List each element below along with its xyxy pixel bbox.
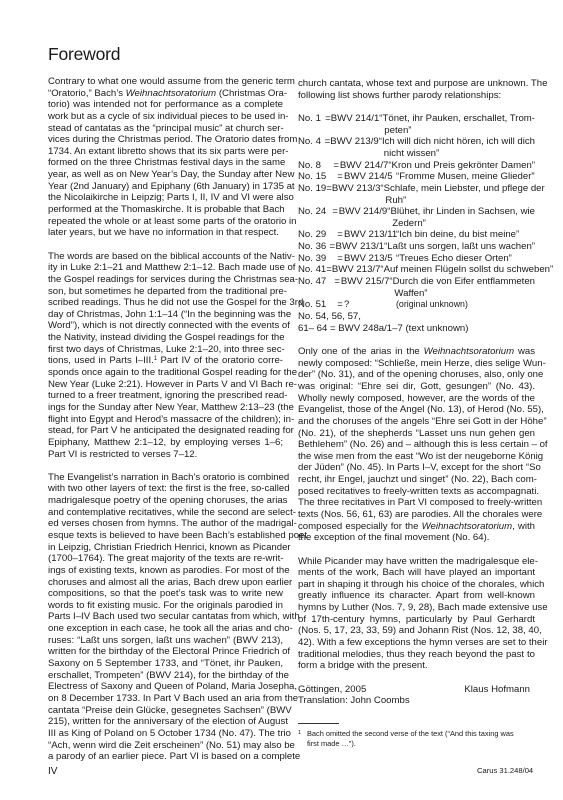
translation-credit: Translation: John Coombs [298, 695, 535, 707]
parody-list: No. 1= BWV 214/1“Tönet, ihr Pauken, ersc… [298, 113, 535, 334]
footnote: 1 Bach omitted the second verse of the t… [298, 729, 530, 748]
page-title: Foreword [48, 44, 120, 65]
bwv-reference: BWV 214/1 [331, 113, 380, 136]
source-title: (original unknown) [396, 299, 535, 311]
footnote-text: Bach omitted the second verse of the tex… [307, 729, 530, 748]
bwv-reference: BWV 213/1 [336, 241, 385, 253]
movement-number: No. 29 [298, 229, 336, 241]
bwv-reference: BWV 213/11 [344, 229, 396, 241]
equals-sign: = [336, 171, 344, 183]
bwv-reference: BWV 213/3 [332, 183, 381, 206]
signature-line: Göttingen, 2005 Klaus Hofmann [298, 684, 530, 696]
body-paragraph: The words are based on the biblical acco… [48, 251, 283, 461]
left-column: Contrary to what one would assume from t… [48, 76, 283, 774]
movement-number: No. 47 [298, 276, 333, 299]
parody-row: No. 41= BWV 213/7“Auf meinen Flügeln sol… [298, 264, 535, 276]
right-column: church cantata, whose text and purpose a… [298, 78, 535, 707]
footnote-mark: 1 [298, 729, 307, 748]
movement-number: No. 51 [298, 299, 336, 311]
source-title: “Schlafe, mein Liebster, und pflege derR… [380, 183, 544, 206]
source-title: “Blühet, ihr Linden in Sachsen, wieZeder… [387, 206, 535, 229]
movement-number: No. 39 [298, 253, 336, 265]
source-title: “Auf meinen Flügeln sollst du schweben” [380, 264, 553, 276]
equals-sign: = [336, 253, 344, 265]
parody-row: No. 29= BWV 213/11“Ich bin deine, du bis… [298, 229, 535, 241]
equals-sign: = [333, 160, 340, 172]
place-date: Göttingen, 2005 [298, 684, 366, 696]
movement-number: No. 1 [298, 113, 325, 136]
source-title: “Tönet, ihr Pauken, erschallet, Trom-pet… [379, 113, 535, 136]
parody-row: No. 36= BWV 213/1“Laßt uns sorgen, laßt … [298, 241, 535, 253]
body-paragraph: Only one of the arias in the Weihnachtso… [298, 346, 535, 544]
equals-sign: = [333, 276, 340, 299]
movement-number: No. 41 [298, 264, 326, 276]
source-title: “Laßt uns sorgen, laßt uns wachen” [384, 241, 535, 253]
movement-number: No. 15 [298, 171, 336, 183]
movement-number: No. 8 [298, 160, 333, 172]
source-title: “Ich bin deine, du bist meine” [396, 229, 535, 241]
bwv-reference: BWV 214/5 [344, 171, 396, 183]
source-title: “Ich will dich nicht hören, ich will dic… [379, 136, 535, 159]
bwv-reference: BWV 213/7 [332, 264, 381, 276]
body-paragraph: While Picander may have written the madr… [298, 556, 535, 672]
equals-sign: = [332, 206, 339, 229]
parody-row: No. 39= BWV 213/5“Treues Echo dieser Ort… [298, 253, 535, 265]
bwv-reference: ? [344, 299, 396, 311]
parody-intro: church cantata, whose text and purpose a… [298, 78, 535, 101]
bwv-reference: BWV 213/9 [330, 136, 379, 159]
equals-sign: = [336, 229, 344, 241]
parody-row: No. 24= BWV 214/9“Blühet, ihr Linden in … [298, 206, 535, 229]
parody-row: 61– 64 = BWV 248a/1–7 (text unknown) [298, 323, 535, 335]
bwv-reference: BWV 214/9 [339, 206, 388, 229]
equals-sign: = [336, 299, 344, 311]
movement-number: No. 24 [298, 206, 332, 229]
author-name: Klaus Hofmann [464, 684, 530, 696]
parody-row: No. 54, 56, 57, [298, 311, 535, 323]
parody-row: No. 47= BWV 215/7“Durch die von Eifer en… [298, 276, 535, 299]
source-title: “Treues Echo dieser Orten” [396, 253, 535, 265]
body-paragraph: The Evangelist’s narration in Bach’s ora… [48, 472, 283, 763]
source-title: “Durch die von Eifer entflammetenWaffen” [389, 276, 535, 299]
movement-number: No. 4 [298, 136, 325, 159]
parody-row: No. 1= BWV 214/1“Tönet, ihr Pauken, ersc… [298, 113, 535, 136]
bwv-reference: BWV 214/7 [340, 160, 389, 172]
parody-row: No. 15= BWV 214/5“Fromme Musen, meine Gl… [298, 171, 535, 183]
parody-row: No. 8= BWV 214/7“Kron und Preis gekrönte… [298, 160, 535, 172]
parody-row: No. 4= BWV 213/9“Ich will dich nicht hör… [298, 136, 535, 159]
bwv-reference: BWV 215/7 [341, 276, 390, 299]
body-paragraph: Contrary to what one would assume from t… [48, 76, 283, 239]
footnote-divider [298, 723, 339, 724]
parody-row: No. 19= BWV 213/3“Schlafe, mein Liebster… [298, 183, 535, 206]
movement-number: No. 36 [298, 241, 329, 253]
bwv-reference: BWV 213/5 [344, 253, 396, 265]
movement-number: No. 19 [298, 183, 326, 206]
catalog-number: Carus 31.248/04 [477, 766, 533, 775]
page-number: IV [48, 766, 57, 777]
source-title: “Kron und Preis gekrönter Damen” [388, 160, 535, 172]
parody-row: No. 51= ?(original unknown) [298, 299, 535, 311]
source-title: “Fromme Musen, meine Glieder” [396, 171, 535, 183]
